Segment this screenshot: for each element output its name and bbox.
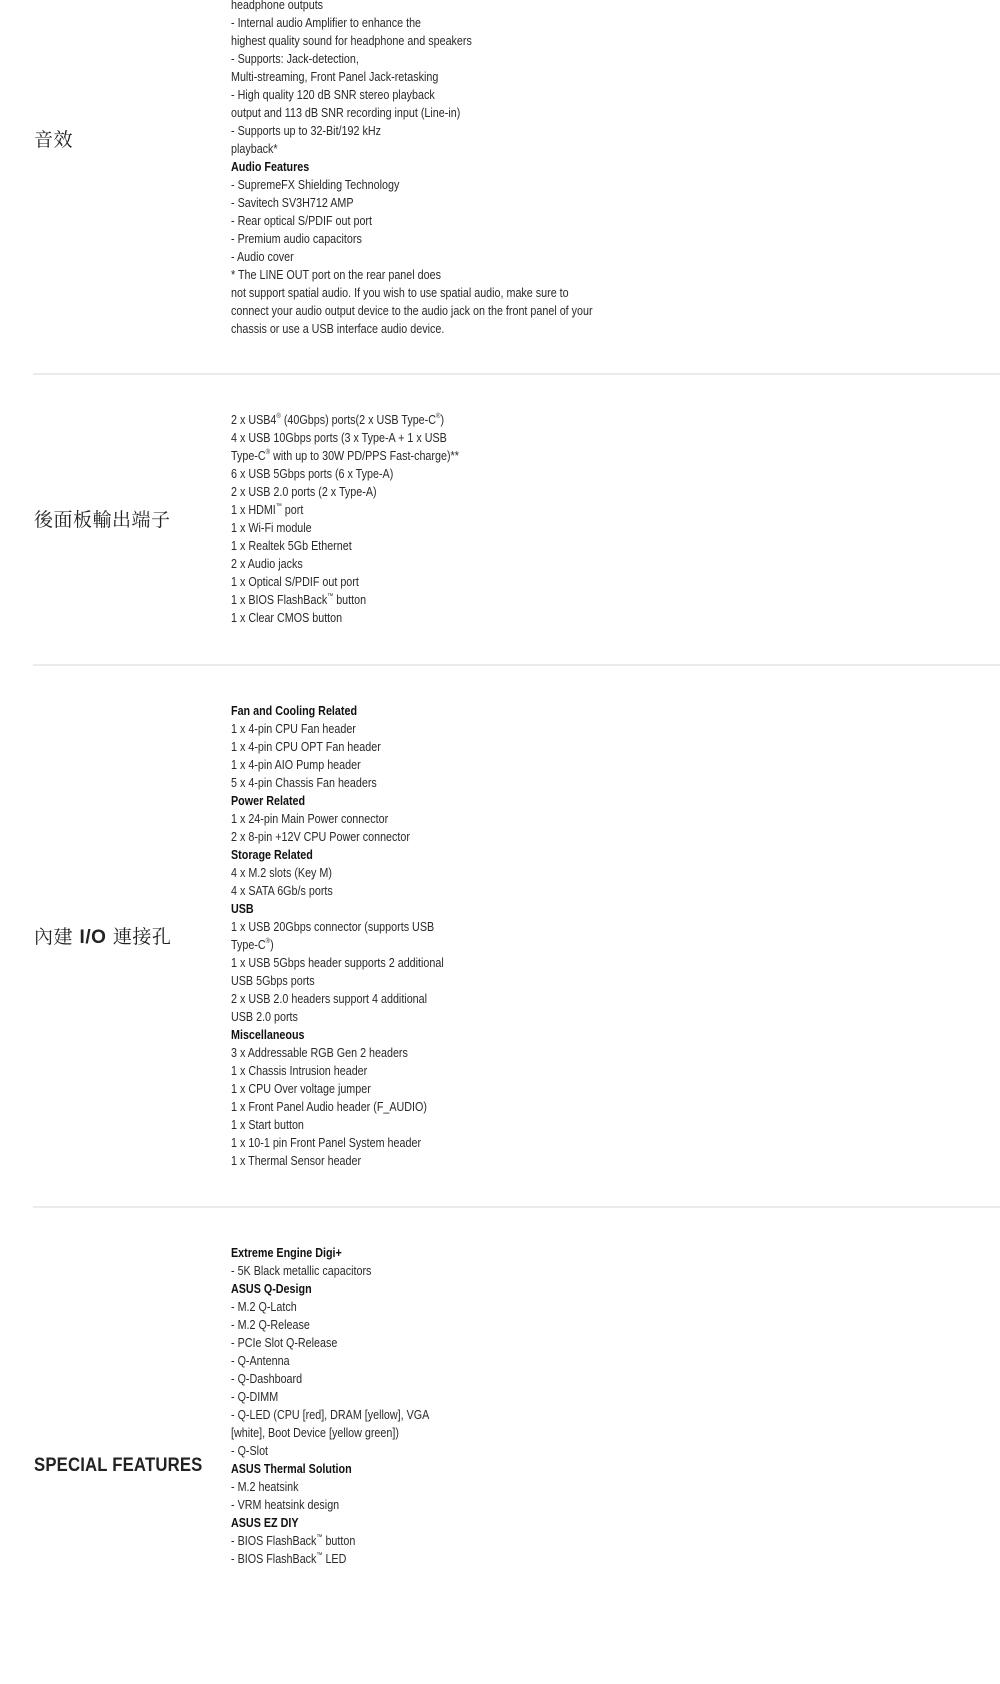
- spec-line: 5 x 4-pin Chassis Fan headers: [231, 774, 833, 792]
- spec-line: 1 x Start button: [231, 1116, 833, 1134]
- spec-line: USB 5Gbps ports: [231, 972, 833, 990]
- spec-label-special-features: SPECIAL FEATURES: [34, 1455, 202, 1477]
- spec-value-special-features: Extreme Engine Digi+- 5K Black metallic …: [231, 1244, 931, 1568]
- spec-line: 1 x USB 20Gbps connector (supports USB: [231, 918, 833, 936]
- spec-value-audio: headphone outputs- Internal audio Amplif…: [231, 0, 931, 338]
- spec-line: not support spatial audio. If you wish t…: [231, 284, 833, 302]
- spec-line: 1 x Optical S/PDIF out port: [231, 573, 833, 591]
- spec-line: 1 x 4-pin CPU Fan header: [231, 720, 833, 738]
- spec-line: chassis or use a USB interface audio dev…: [231, 320, 833, 338]
- spec-line: highest quality sound for headphone and …: [231, 32, 833, 50]
- spec-line: Type-C®): [231, 936, 833, 954]
- spec-line: - Rear optical S/PDIF out port: [231, 212, 833, 230]
- spec-line: 2 x USB 2.0 headers support 4 additional: [231, 990, 833, 1008]
- spec-line: 1 x BIOS FlashBack™ button: [231, 591, 833, 609]
- spec-line: - M.2 heatsink: [231, 1478, 833, 1496]
- spec-line: - Q-DIMM: [231, 1388, 833, 1406]
- spec-line: connect your audio output device to the …: [231, 302, 833, 320]
- spec-line: 1 x 24-pin Main Power connector: [231, 810, 833, 828]
- divider: [33, 1206, 1000, 1208]
- spec-line: Multi-streaming, Front Panel Jack-retask…: [231, 68, 833, 86]
- spec-line: 2 x 8-pin +12V CPU Power connector: [231, 828, 833, 846]
- spec-subheading: ASUS Q-Design: [231, 1280, 833, 1298]
- spec-line: 1 x Wi-Fi module: [231, 519, 833, 537]
- spec-line: 4 x SATA 6Gb/s ports: [231, 882, 833, 900]
- spec-subheading: ASUS EZ DIY: [231, 1514, 833, 1532]
- spec-value-back-io: 2 x USB4® (40Gbps) ports(2 x USB Type-C®…: [231, 411, 931, 627]
- spec-line: - Premium audio capacitors: [231, 230, 833, 248]
- spec-line: - Q-Slot: [231, 1442, 833, 1460]
- spec-subheading: Audio Features: [231, 158, 833, 176]
- spec-line: - 5K Black metallic capacitors: [231, 1262, 833, 1280]
- spec-line: 1 x Chassis Intrusion header: [231, 1062, 833, 1080]
- spec-subheading: Fan and Cooling Related: [231, 702, 833, 720]
- spec-line: - Supports up to 32-Bit/192 kHz: [231, 122, 833, 140]
- spec-line: - Q-LED (CPU [red], DRAM [yellow], VGA: [231, 1406, 833, 1424]
- spec-line: - M.2 Q-Release: [231, 1316, 833, 1334]
- spec-line: 1 x HDMI™ port: [231, 501, 833, 519]
- spec-line: playback*: [231, 140, 833, 158]
- spec-line: 3 x Addressable RGB Gen 2 headers: [231, 1044, 833, 1062]
- spec-line: Type-C® with up to 30W PD/PPS Fast-charg…: [231, 447, 833, 465]
- spec-line: 1 x CPU Over voltage jumper: [231, 1080, 833, 1098]
- spec-line: 4 x M.2 slots (Key M): [231, 864, 833, 882]
- spec-line: 1 x Front Panel Audio header (F_AUDIO): [231, 1098, 833, 1116]
- spec-line: USB 2.0 ports: [231, 1008, 833, 1026]
- spec-subheading: Miscellaneous: [231, 1026, 833, 1044]
- spec-line: * The LINE OUT port on the rear panel do…: [231, 266, 833, 284]
- spec-line: - Savitech SV3H712 AMP: [231, 194, 833, 212]
- spec-label-back-io: 後面板輸出端子: [34, 505, 171, 532]
- spec-line: 2 x Audio jacks: [231, 555, 833, 573]
- divider: [33, 373, 1000, 375]
- spec-line: - PCIe Slot Q-Release: [231, 1334, 833, 1352]
- spec-line: 2 x USB 2.0 ports (2 x Type-A): [231, 483, 833, 501]
- spec-line: 1 x 4-pin CPU OPT Fan header: [231, 738, 833, 756]
- spec-line: 4 x USB 10Gbps ports (3 x Type-A + 1 x U…: [231, 429, 833, 447]
- spec-line: 1 x USB 5Gbps header supports 2 addition…: [231, 954, 833, 972]
- spec-line: 1 x Thermal Sensor header: [231, 1152, 833, 1170]
- spec-line: - Q-Dashboard: [231, 1370, 833, 1388]
- spec-line: 2 x USB4® (40Gbps) ports(2 x USB Type-C®…: [231, 411, 833, 429]
- spec-line: headphone outputs: [231, 0, 833, 14]
- spec-line: - Supports: Jack-detection,: [231, 50, 833, 68]
- spec-subheading: Power Related: [231, 792, 833, 810]
- spec-line: - BIOS FlashBack™ button: [231, 1532, 833, 1550]
- spec-line: - M.2 Q-Latch: [231, 1298, 833, 1316]
- spec-line: 1 x Realtek 5Gb Ethernet: [231, 537, 833, 555]
- spec-line: - SupremeFX Shielding Technology: [231, 176, 833, 194]
- spec-line: 6 x USB 5Gbps ports (6 x Type-A): [231, 465, 833, 483]
- spec-line: - Q-Antenna: [231, 1352, 833, 1370]
- spec-value-internal-io: Fan and Cooling Related1 x 4-pin CPU Fan…: [231, 702, 931, 1170]
- spec-line: - BIOS FlashBack™ LED: [231, 1550, 833, 1568]
- spec-line: output and 113 dB SNR recording input (L…: [231, 104, 833, 122]
- spec-subheading: USB: [231, 900, 833, 918]
- spec-line: 1 x Clear CMOS button: [231, 609, 833, 627]
- spec-line: [white], Boot Device [yellow green]): [231, 1424, 833, 1442]
- spec-line: 1 x 4-pin AIO Pump header: [231, 756, 833, 774]
- spec-subheading: ASUS Thermal Solution: [231, 1460, 833, 1478]
- spec-line: - VRM heatsink design: [231, 1496, 833, 1514]
- divider: [33, 664, 1000, 666]
- spec-line: 1 x 10-1 pin Front Panel System header: [231, 1134, 833, 1152]
- spec-label-audio: 音效: [34, 125, 73, 152]
- spec-line: - Audio cover: [231, 248, 833, 266]
- spec-line: - High quality 120 dB SNR stereo playbac…: [231, 86, 833, 104]
- spec-subheading: Storage Related: [231, 846, 833, 864]
- spec-line: - Internal audio Amplifier to enhance th…: [231, 14, 833, 32]
- spec-label-internal-io: 內建 I/O 連接孔: [34, 922, 171, 949]
- spec-subheading: Extreme Engine Digi+: [231, 1244, 833, 1262]
